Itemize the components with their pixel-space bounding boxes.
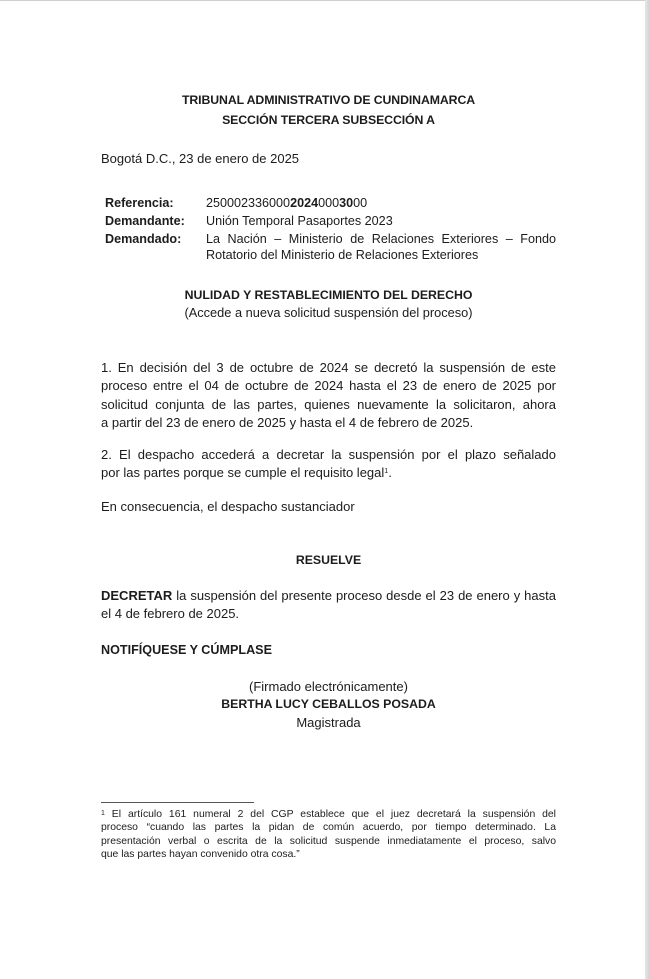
case-subtitle: (Accede a nueva solicitud suspensión del… xyxy=(101,305,556,320)
signature-note: (Firmado electrónicamente) xyxy=(101,679,556,694)
place-date: Bogotá D.C., 23 de enero de 2025 xyxy=(101,151,299,166)
footnote-marker: 1 xyxy=(101,810,105,817)
defendant-label: Demandado: xyxy=(105,232,181,246)
footnote-separator xyxy=(101,802,254,803)
court-section: SECCIÓN TERCERA SUBSECCIÓN A xyxy=(101,113,556,127)
defendant-value-line2: Rotatorio del Ministerio de Relaciones E… xyxy=(206,248,478,262)
paragraph-2: 2. El despacho accederá a decretar la su… xyxy=(101,446,556,483)
signer-name: BERTHA LUCY CEBALLOS POSADA xyxy=(101,697,556,711)
reference-label: Referencia: xyxy=(105,196,174,210)
paragraph-1: 1. En decisión del 3 de octubre de 2024 … xyxy=(101,359,556,432)
case-type: NULIDAD Y RESTABLECIMIENTO DEL DERECHO xyxy=(101,288,556,302)
paragraph-3: En consecuencia, el despacho sustanciado… xyxy=(101,498,556,516)
defendant-value-line1: La Nación – Ministerio de Relaciones Ext… xyxy=(206,232,556,246)
plaintiff-label: Demandante: xyxy=(105,214,185,228)
plaintiff-value: Unión Temporal Pasaportes 2023 xyxy=(206,214,393,228)
page-top-border xyxy=(0,0,650,1)
reference-number: 25000233600020240003000 xyxy=(206,196,367,210)
footnote-reference[interactable]: 1 xyxy=(384,468,388,475)
signer-role: Magistrada xyxy=(101,715,556,730)
decree-paragraph: DECRETAR la suspensión del presente proc… xyxy=(101,587,556,624)
closing-formula: NOTIFÍQUESE Y CÚMPLASE xyxy=(101,643,272,657)
court-name: TRIBUNAL ADMINISTRATIVO DE CUNDINAMARCA xyxy=(101,93,556,107)
page-edge-shadow xyxy=(645,0,650,979)
resolution-heading: RESUELVE xyxy=(101,553,556,567)
decree-keyword: DECRETAR xyxy=(101,588,172,603)
footnote-1: 1 El artículo 161 numeral 2 del CGP esta… xyxy=(101,808,556,861)
